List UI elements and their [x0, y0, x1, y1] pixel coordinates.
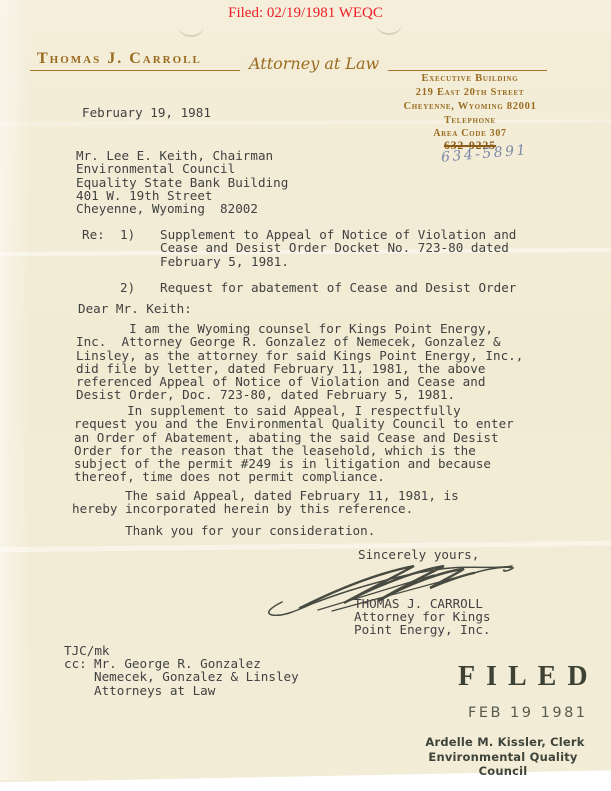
recipient-address: Mr. Lee E. Keith, Chairman Environmental… — [76, 149, 288, 215]
letter-date: February 19, 1981 — [82, 106, 211, 119]
letterhead-name: Thomas J. Carroll — [37, 50, 202, 68]
body-paragraph: In supplement to said Appeal, I respectf… — [74, 404, 514, 484]
re-item-1-text: Supplement to Appeal of Notice of Violat… — [160, 228, 516, 268]
letterhead-tagline: Attorney at Law — [240, 54, 388, 73]
signer-title: Attorney for Kings Point Energy, Inc. — [354, 610, 490, 637]
clerk-stamp-name: Ardelle M. Kissler, Clerk — [420, 735, 590, 749]
office-address: Executive Building 219 East 20th Street … — [385, 72, 555, 113]
paper-edge-highlight — [0, 0, 30, 780]
salutation: Dear Mr. Keith: — [78, 302, 192, 315]
cc-list: Mr. George R. Gonzalez Nemecek, Gonzalez… — [94, 657, 299, 697]
re-item-2-text: Request for abatement of Cease and Desis… — [160, 281, 516, 294]
area-code: Area Code 307 — [385, 128, 555, 139]
filed-stamp-date: FEB 19 1981 — [468, 705, 588, 721]
body-paragraph: The said Appeal, dated February 11, 1981… — [72, 489, 459, 516]
body-paragraph: Thank you for your consideration. — [72, 524, 375, 537]
cc-label: cc: — [64, 657, 87, 670]
re-label: Re: — [82, 228, 105, 241]
re-item-1-number: 1) — [120, 228, 135, 241]
body-paragraph: I am the Wyoming counsel for Kings Point… — [76, 322, 523, 402]
re-item-2-number: 2) — [120, 281, 135, 294]
filed-annotation: Filed: 02/19/1981 WEQC — [0, 5, 611, 22]
clerk-stamp-org: Environmental Quality Council — [408, 750, 598, 778]
filed-stamp: FILED — [458, 661, 599, 693]
telephone-label: Telephone — [385, 115, 555, 126]
